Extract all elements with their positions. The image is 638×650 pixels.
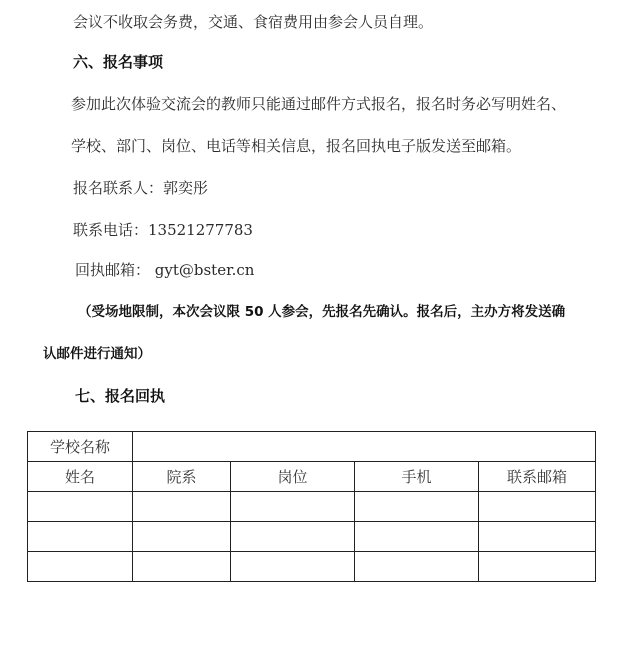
receipt-email: 回执邮箱： gyt@bster.cn [75,260,254,280]
cell-department[interactable] [133,552,231,582]
header-row: 姓名 院系 岗位 手机 联系邮箱 [28,462,596,492]
cell-email[interactable] [479,552,596,582]
cell-department[interactable] [133,492,231,522]
section-7-title: 七、报名回执 [75,386,165,406]
school-name-field[interactable] [133,432,596,462]
table-row [28,522,596,552]
cell-position[interactable] [231,492,355,522]
registration-paragraph-line-1: 参加此次体验交流会的教师只能通过邮件方式报名，报名时务必写明姓名、 [71,94,566,114]
capacity-note-line-2: 认邮件进行通知） [43,344,151,364]
table-row [28,552,596,582]
header-department: 院系 [133,462,231,492]
cell-name[interactable] [28,522,133,552]
contact-person: 报名联系人：郭奕彤 [73,178,208,198]
header-position: 岗位 [231,462,355,492]
fee-note: 会议不收取会务费，交通、食宿费用由参会人员自理。 [73,12,433,32]
header-mobile: 手机 [355,462,479,492]
contact-phone: 联系电话：13521277783 [73,220,253,240]
cell-email[interactable] [479,492,596,522]
capacity-note-line-1: （受场地限制，本次会议限 50 人参会，先报名先确认。报名后，主办方将发送确 [78,302,565,322]
cell-mobile[interactable] [355,552,479,582]
table-row [28,492,596,522]
school-name-label: 学校名称 [28,432,133,462]
registration-paragraph-line-2: 学校、部门、岗位、电话等相关信息，报名回执电子版发送至邮箱。 [71,136,521,156]
section-6-title: 六、报名事项 [73,52,163,72]
school-row: 学校名称 [28,432,596,462]
cell-mobile[interactable] [355,522,479,552]
header-email: 联系邮箱 [479,462,596,492]
cell-name[interactable] [28,552,133,582]
registration-receipt-table: 学校名称 姓名 院系 岗位 手机 联系邮箱 [27,431,596,582]
cell-mobile[interactable] [355,492,479,522]
header-name: 姓名 [28,462,133,492]
cell-position[interactable] [231,552,355,582]
cell-department[interactable] [133,522,231,552]
cell-email[interactable] [479,522,596,552]
cell-name[interactable] [28,492,133,522]
cell-position[interactable] [231,522,355,552]
